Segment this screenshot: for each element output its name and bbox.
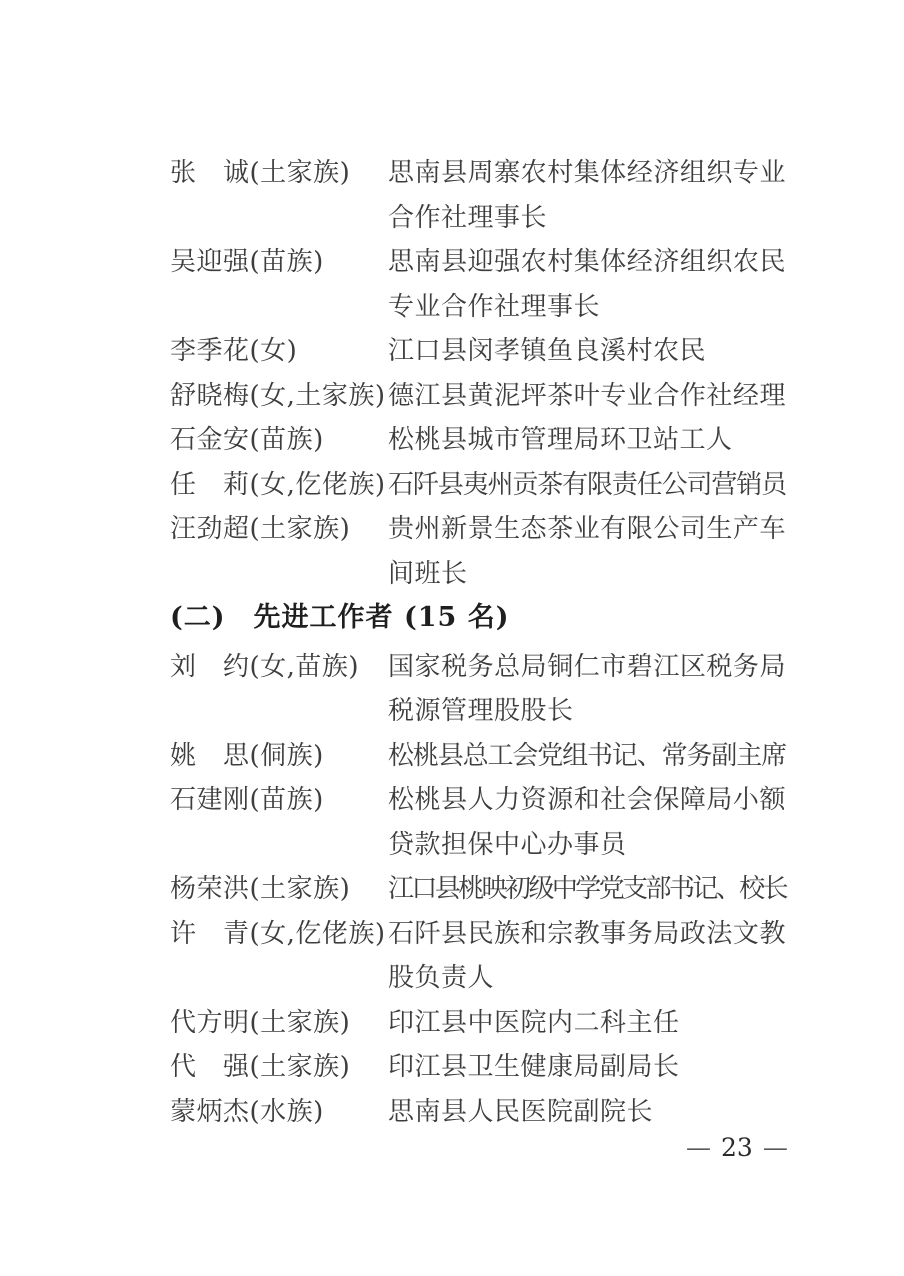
awardee-entry: 石金安(苗族) 松桃县城市管理局环卫站工人 xyxy=(170,418,790,463)
awardee-ethnicity: (土家族) xyxy=(250,874,351,904)
position-line: 股负责人 xyxy=(388,956,786,1001)
awardee-position: 江口县闵孝镇鱼良溪村农民 xyxy=(388,329,786,374)
awardee-ethnicity: (土家族) xyxy=(250,1052,351,1082)
position-line: 德江县黄泥坪茶叶专业合作社经理 xyxy=(388,374,786,419)
position-line: 印江县中医院内二科主任 xyxy=(388,1001,786,1046)
awardee-list-part2: 刘 约(女,苗族) 国家税务总局铜仁市碧江区税务局税源管理股股长 姚 思(侗族)… xyxy=(170,645,790,1135)
awardee-ethnicity: (土家族) xyxy=(250,158,351,188)
awardee-name: 张 诚(土家族) xyxy=(170,151,388,196)
position-line: 贵州新景生态茶业有限公司生产车 xyxy=(388,507,786,552)
awardee-name: 代 强(土家族) xyxy=(170,1045,388,1090)
position-line: 专业合作社理事长 xyxy=(388,285,786,330)
awardee-position: 石阡县夷州贡茶有限责任公司营销员 xyxy=(388,463,786,508)
footer-left-dash: — xyxy=(686,1133,711,1162)
position-line: 贷款担保中心办事员 xyxy=(388,823,786,868)
awardee-entry: 许 青(女,仡佬族) 石阡县民族和宗教事务局政法文教股负责人 xyxy=(170,912,790,1001)
position-line: 江口县桃映初级中学党支部书记、校长 xyxy=(388,867,786,912)
awardee-name-text: 任 莉 xyxy=(170,470,250,500)
position-line: 松桃县城市管理局环卫站工人 xyxy=(388,418,786,463)
awardee-position: 思南县迎强农村集体经济组织农民专业合作社理事长 xyxy=(388,240,786,329)
position-line: 国家税务总局铜仁市碧江区税务局 xyxy=(388,645,786,690)
page-number: —23— xyxy=(676,1133,798,1163)
awardee-name: 代方明(土家族) xyxy=(170,1001,388,1046)
awardee-name: 汪劲超(土家族) xyxy=(170,507,388,552)
awardee-ethnicity: (女) xyxy=(250,336,298,366)
position-line: 税源管理股股长 xyxy=(388,689,786,734)
awardee-name-text: 代方明 xyxy=(170,1008,250,1038)
awardee-name: 任 莉(女,仡佬族) xyxy=(170,463,388,508)
awardee-name-text: 刘 约 xyxy=(170,652,250,682)
position-line: 思南县周寨农村集体经济组织专业 xyxy=(388,151,786,196)
position-line: 印江县卫生健康局副局长 xyxy=(388,1045,786,1090)
awardee-name: 吴迎强(苗族) xyxy=(170,240,388,285)
awardee-position: 松桃县总工会党组书记、常务副主席 xyxy=(388,734,786,779)
awardee-list-part1: 张 诚(土家族) 思南县周寨农村集体经济组织专业合作社理事长 吴迎强(苗族) 思… xyxy=(170,151,790,596)
awardee-name: 蒙炳杰(水族) xyxy=(170,1090,388,1135)
awardee-entry: 代方明(土家族) 印江县中医院内二科主任 xyxy=(170,1001,790,1046)
awardee-name-text: 石金安 xyxy=(170,425,250,455)
awardee-position: 松桃县人力资源和社会保障局小额贷款担保中心办事员 xyxy=(388,778,786,867)
awardee-position: 思南县人民医院副院长 xyxy=(388,1090,786,1135)
position-line: 松桃县总工会党组书记、常务副主席 xyxy=(388,734,786,779)
footer-right-dash: — xyxy=(763,1133,788,1162)
awardee-entry: 汪劲超(土家族) 贵州新景生态茶业有限公司生产车间班长 xyxy=(170,507,790,596)
awardee-name-text: 吴迎强 xyxy=(170,247,250,277)
awardee-name: 石建刚(苗族) xyxy=(170,778,388,823)
awardee-ethnicity: (苗族) xyxy=(250,247,324,277)
awardee-ethnicity: (女,仡佬族) xyxy=(250,470,386,500)
awardee-ethnicity: (女,苗族) xyxy=(250,652,360,682)
position-line: 石阡县民族和宗教事务局政法文教 xyxy=(388,912,786,957)
awardee-name-text: 姚 思 xyxy=(170,741,250,771)
awardee-name-text: 石建刚 xyxy=(170,785,250,815)
awardee-position: 贵州新景生态茶业有限公司生产车间班长 xyxy=(388,507,786,596)
awardee-entry: 杨荣洪(土家族) 江口县桃映初级中学党支部书记、校长 xyxy=(170,867,790,912)
awardee-name: 石金安(苗族) xyxy=(170,418,388,463)
awardee-name-text: 汪劲超 xyxy=(170,514,250,544)
awardee-entry: 李季花(女) 江口县闵孝镇鱼良溪村农民 xyxy=(170,329,790,374)
awardee-name-text: 许 青 xyxy=(170,919,250,949)
awardee-position: 石阡县民族和宗教事务局政法文教股负责人 xyxy=(388,912,786,1001)
position-line: 思南县迎强农村集体经济组织农民 xyxy=(388,240,786,285)
awardee-ethnicity: (水族) xyxy=(250,1097,324,1127)
awardee-ethnicity: (土家族) xyxy=(250,514,351,544)
awardee-position: 印江县中医院内二科主任 xyxy=(388,1001,786,1046)
document-page-content: 张 诚(土家族) 思南县周寨农村集体经济组织专业合作社理事长 吴迎强(苗族) 思… xyxy=(170,151,790,1134)
awardee-entry: 任 莉(女,仡佬族) 石阡县夷州贡茶有限责任公司营销员 xyxy=(170,463,790,508)
awardee-position: 江口县桃映初级中学党支部书记、校长 xyxy=(388,867,786,912)
position-line: 间班长 xyxy=(388,552,786,597)
position-line: 江口县闵孝镇鱼良溪村农民 xyxy=(388,329,786,374)
footer-page-number: 23 xyxy=(721,1133,753,1162)
awardee-name-text: 舒晓梅 xyxy=(170,381,250,411)
awardee-name: 姚 思(侗族) xyxy=(170,734,388,779)
awardee-position: 印江县卫生健康局副局长 xyxy=(388,1045,786,1090)
awardee-entry: 代 强(土家族) 印江县卫生健康局副局长 xyxy=(170,1045,790,1090)
awardee-ethnicity: (侗族) xyxy=(250,741,324,771)
section-heading-advanced-workers: (二) 先进工作者 (15 名) xyxy=(170,596,790,641)
awardee-position: 松桃县城市管理局环卫站工人 xyxy=(388,418,786,463)
awardee-ethnicity: (苗族) xyxy=(250,425,324,455)
awardee-position: 思南县周寨农村集体经济组织专业合作社理事长 xyxy=(388,151,786,240)
awardee-ethnicity: (土家族) xyxy=(250,1008,351,1038)
awardee-position: 德江县黄泥坪茶叶专业合作社经理 xyxy=(388,374,786,419)
awardee-entry: 姚 思(侗族) 松桃县总工会党组书记、常务副主席 xyxy=(170,734,790,779)
awardee-name-text: 张 诚 xyxy=(170,158,250,188)
awardee-name: 刘 约(女,苗族) xyxy=(170,645,388,690)
awardee-name-text: 代 强 xyxy=(170,1052,250,1082)
awardee-name-text: 蒙炳杰 xyxy=(170,1097,250,1127)
position-line: 合作社理事长 xyxy=(388,196,786,241)
awardee-entry: 张 诚(土家族) 思南县周寨农村集体经济组织专业合作社理事长 xyxy=(170,151,790,240)
awardee-name: 杨荣洪(土家族) xyxy=(170,867,388,912)
awardee-name: 许 青(女,仡佬族) xyxy=(170,912,388,957)
awardee-entry: 蒙炳杰(水族) 思南县人民医院副院长 xyxy=(170,1090,790,1135)
awardee-position: 国家税务总局铜仁市碧江区税务局税源管理股股长 xyxy=(388,645,786,734)
awardee-name-text: 李季花 xyxy=(170,336,250,366)
awardee-entry: 石建刚(苗族) 松桃县人力资源和社会保障局小额贷款担保中心办事员 xyxy=(170,778,790,867)
position-line: 思南县人民医院副院长 xyxy=(388,1090,786,1135)
awardee-entry: 舒晓梅(女,土家族) 德江县黄泥坪茶叶专业合作社经理 xyxy=(170,374,790,419)
awardee-ethnicity: (女,仡佬族) xyxy=(250,919,386,949)
awardee-entry: 吴迎强(苗族) 思南县迎强农村集体经济组织农民专业合作社理事长 xyxy=(170,240,790,329)
position-line: 松桃县人力资源和社会保障局小额 xyxy=(388,778,786,823)
awardee-ethnicity: (女,土家族) xyxy=(250,381,386,411)
awardee-name: 李季花(女) xyxy=(170,329,388,374)
awardee-ethnicity: (苗族) xyxy=(250,785,324,815)
awardee-entry: 刘 约(女,苗族) 国家税务总局铜仁市碧江区税务局税源管理股股长 xyxy=(170,645,790,734)
awardee-name-text: 杨荣洪 xyxy=(170,874,250,904)
position-line: 石阡县夷州贡茶有限责任公司营销员 xyxy=(388,463,786,508)
awardee-name: 舒晓梅(女,土家族) xyxy=(170,374,388,419)
